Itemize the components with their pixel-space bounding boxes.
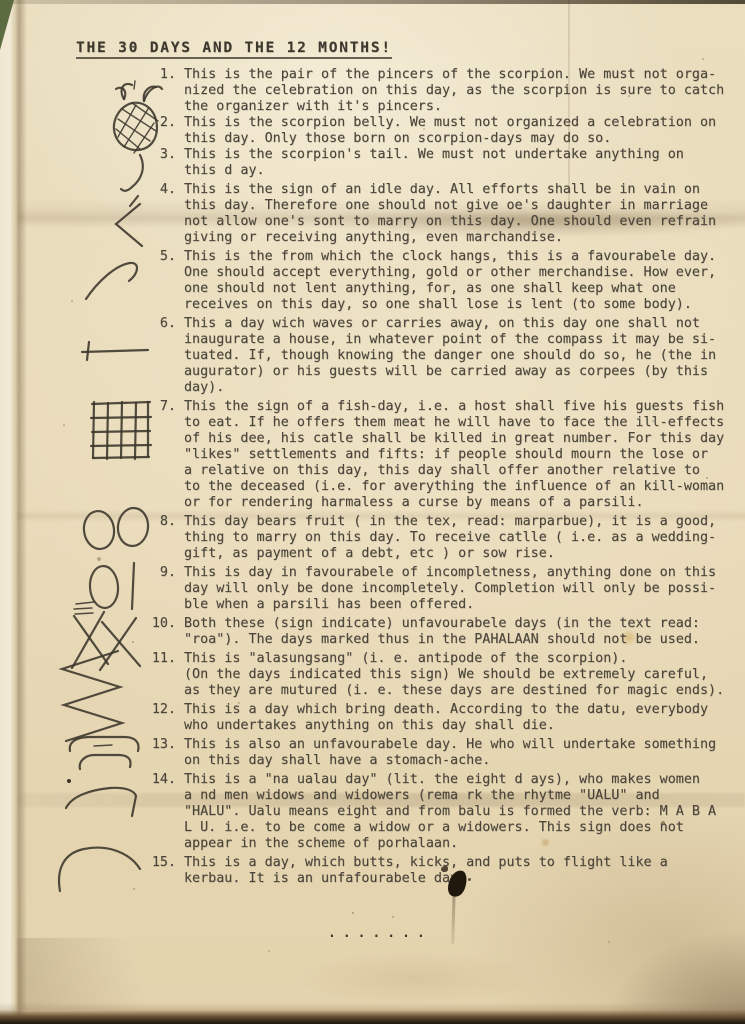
list-item: 3. This is the scorpion's tail. We must … [150,147,735,179]
item-number: 15. [150,855,176,871]
list-item: 15. This is a day, which butts, kicks, a… [150,855,735,887]
scanned-page: THE 30 DAYS AND THE 12 MONTHS! [0,0,745,1024]
day-list: 1. This is the pair of the pincers of th… [150,67,735,887]
item-number: 1. [150,67,176,83]
item-text: This the sign of a fish-day, i.e. a host… [184,399,735,511]
item-text: This is the sign of an idle day. All eff… [184,182,735,246]
top-page-edge [0,0,745,4]
footer-dots: ....... [328,926,432,941]
item-number: 11. [150,651,176,667]
item-number: 7. [150,399,176,415]
list-item: 4. This is the sign of an idle day. All … [150,182,735,246]
list-item: 1. This is the pair of the pincers of th… [150,67,735,115]
large-curve-icon [54,841,146,895]
corner-sliver [0,0,14,50]
item-text: This is the from which the clock hangs, … [184,249,735,313]
item-text: This is also an unfavourabele day. He wh… [184,737,735,769]
item-text: This is a day which bring death. Accordi… [184,702,735,734]
item-text: Both these (sign indicate) unfavourabele… [184,616,735,648]
item-number: 10. [150,616,176,632]
item-number: 3. [150,147,176,163]
item-number: 12. [150,702,176,718]
list-item: 6. This a day wich waves or carries away… [150,316,735,396]
list-item: 7. This the sign of a fish-day, i.e. a h… [150,399,735,511]
stacked-brackets-icon [66,733,144,773]
list-item: 12. This is a day which bring death. Acc… [150,702,735,734]
item-number: 2. [150,115,176,131]
item-text: This is a "na ualau day" (lit. the eight… [184,772,735,852]
list-item: 8. This day bears fruit ( in the tex, re… [150,514,735,562]
list-item: 9. This is day in favourabele of incompl… [150,565,735,613]
item-number: 4. [150,182,176,198]
two-circles-icon [80,506,156,554]
item-text: This is the scorpion belly. We must not … [184,115,735,147]
grid-net-icon [88,398,156,462]
list-item: 5. This is the from which the clock hang… [150,249,735,313]
item-number: 5. [150,249,176,265]
item-number: 9. [150,565,176,581]
item-number: 14. [150,772,176,788]
chevron-icon [104,190,146,250]
bottom-page-edge [0,1002,745,1024]
list-item: 2. This is the scorpion belly. We must n… [150,115,735,147]
item-text: This is "alasungsang" (i. e. antipode of… [184,651,735,699]
bottom-left-fold [0,938,230,1010]
margin-symbols [0,67,150,887]
foxing-specks [0,0,2,2]
list-item: 10. Both these (sign indicate) unfavoura… [150,616,735,648]
item-text: This day bears fruit ( in the tex, read:… [184,514,735,562]
screenshot-root: { "document": { "title": "THE 30 DAYS AN… [0,0,745,1024]
item-number: 13. [150,737,176,753]
cross-line-icon [78,338,154,364]
bottom-smudge [300,952,530,1004]
item-text: This is the scorpion's tail. We must not… [184,147,735,179]
hook-bracket-icon [62,776,144,822]
item-text: This a day wich waves or carries away, o… [184,316,735,396]
list-item: 13. This is also an unfavourabele day. H… [150,737,735,769]
item-text: This is a day, which butts, kicks, and p… [184,855,735,887]
list-item: 11. This is "alasungsang" (i. e. antipod… [150,651,735,699]
item-text: This is day in favourabele of incompletn… [184,565,735,613]
vertical-crease-bottom [451,886,456,944]
item-number: 6. [150,316,176,332]
page-title: THE 30 DAYS AND THE 12 MONTHS! [76,40,392,59]
item-number: 8. [150,514,176,530]
item-text: This is the pair of the pincers of the s… [184,67,735,115]
list-item: 14. This is a "na ualau day" (lit. the e… [150,772,735,852]
bottom-right-shadow [605,929,745,1024]
hook-icon [82,255,144,303]
